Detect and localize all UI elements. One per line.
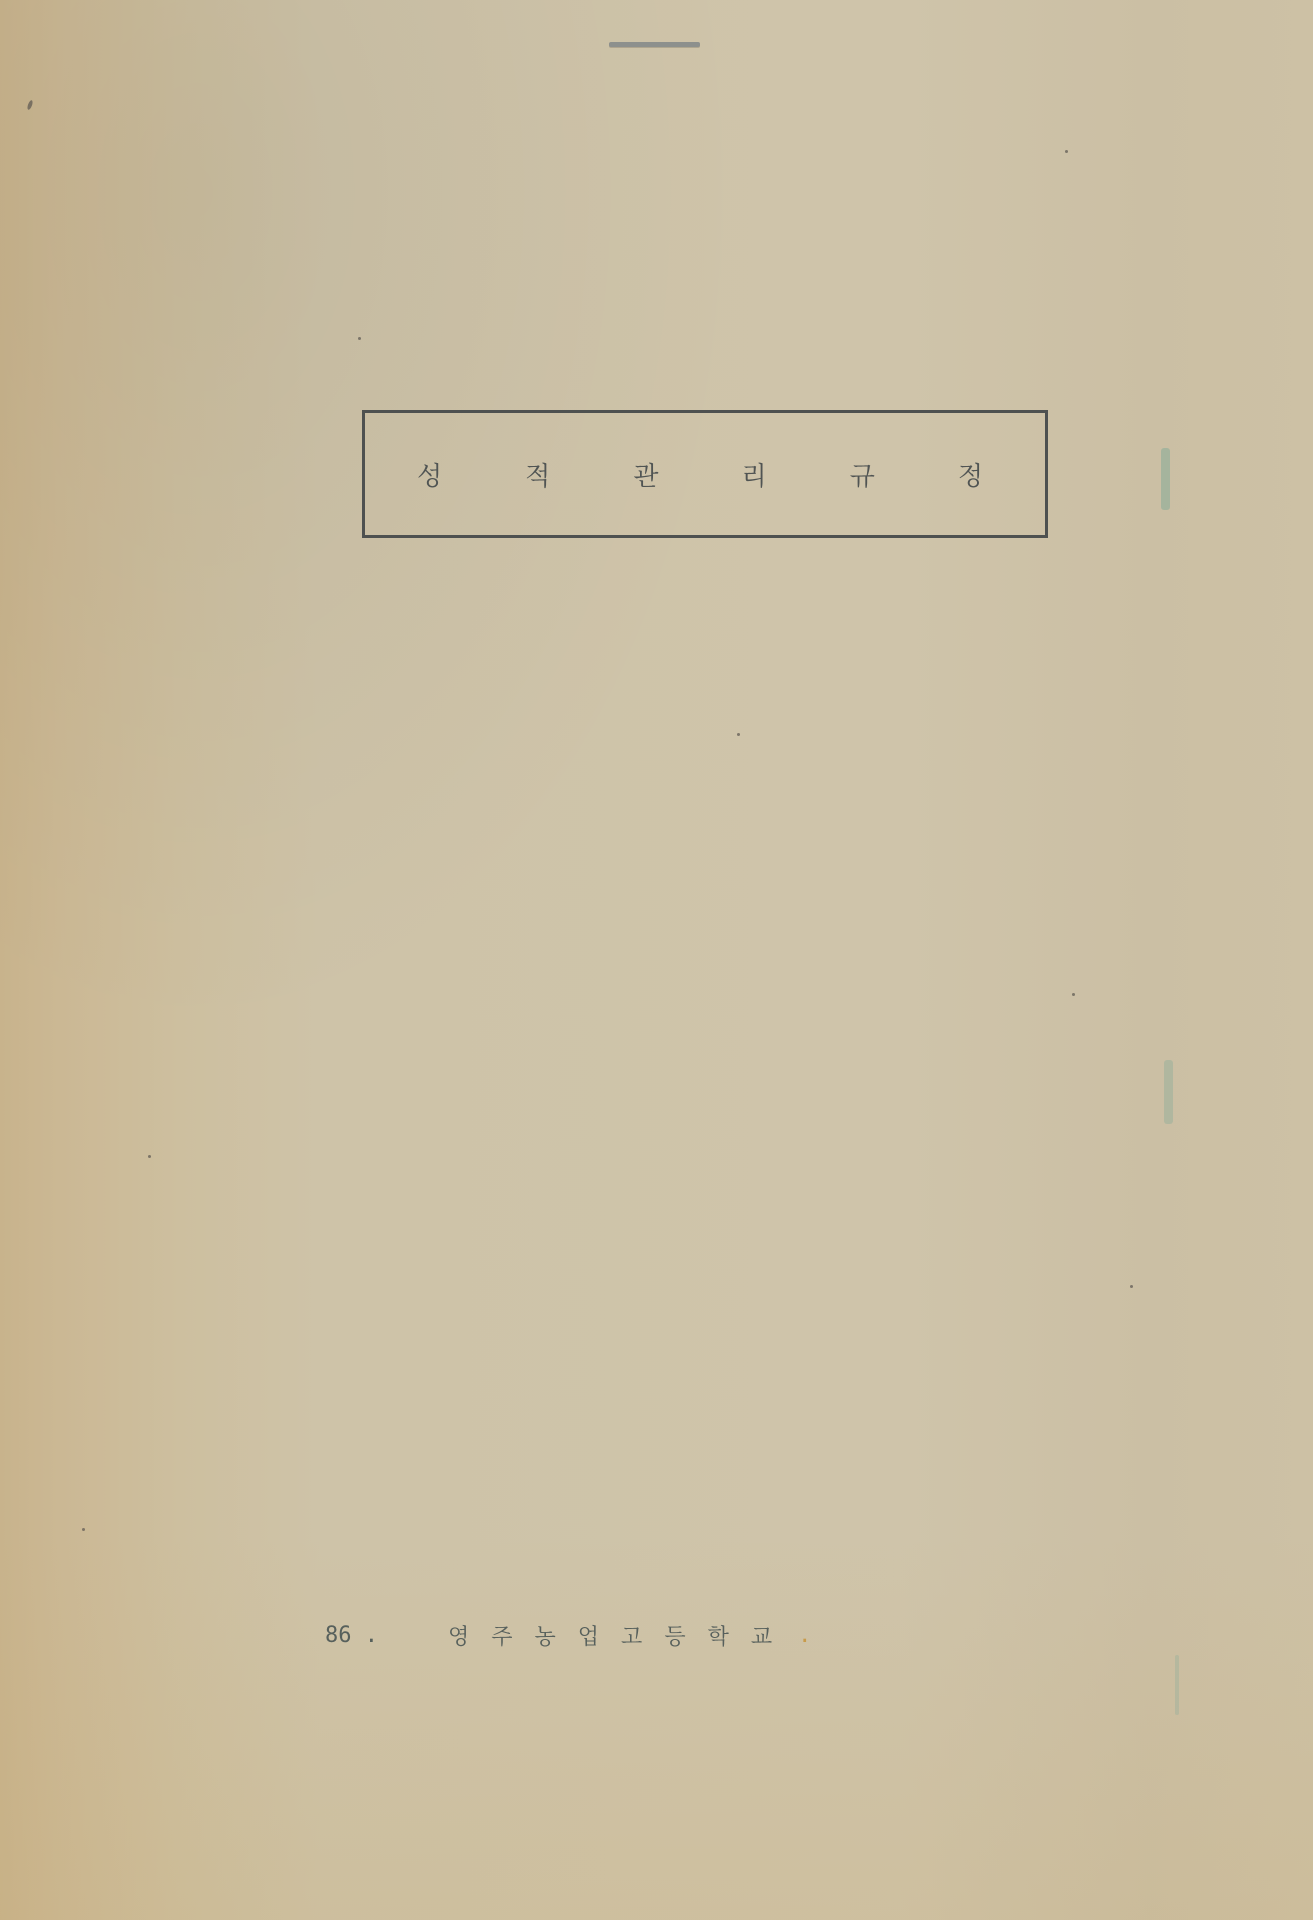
trailing-mark: . bbox=[798, 1623, 811, 1648]
ink-speck bbox=[82, 1528, 85, 1531]
title-char: 성 bbox=[417, 456, 442, 493]
ink-speck bbox=[358, 337, 361, 340]
green-mark-top bbox=[1161, 448, 1170, 510]
school-char: 학 bbox=[708, 1620, 729, 1651]
green-mark-middle bbox=[1164, 1060, 1173, 1124]
title-char: 정 bbox=[958, 456, 983, 493]
school-char: 등 bbox=[664, 1620, 685, 1651]
school-name: 영 주 농 업 고 등 학 교 bbox=[448, 1620, 772, 1651]
school-char: 고 bbox=[621, 1620, 642, 1651]
school-char: 주 bbox=[491, 1620, 512, 1651]
ink-speck bbox=[1065, 150, 1068, 153]
title-char: 적 bbox=[525, 456, 550, 493]
green-mark-bottom bbox=[1175, 1655, 1179, 1715]
title-char: 규 bbox=[850, 456, 875, 493]
footer-year: 86 . bbox=[325, 1623, 378, 1648]
staple-mark bbox=[609, 42, 700, 47]
footer-line: 86 . 영 주 농 업 고 등 학 교 . bbox=[325, 1617, 1005, 1653]
school-char: 업 bbox=[578, 1620, 599, 1651]
school-char: 영 bbox=[448, 1620, 469, 1651]
title-box: 성 적 관 리 규 정 bbox=[362, 410, 1048, 538]
school-char: 교 bbox=[751, 1620, 772, 1651]
school-char: 농 bbox=[535, 1620, 556, 1651]
title-char: 리 bbox=[742, 456, 767, 493]
ink-speck bbox=[1072, 993, 1075, 996]
title-char: 관 bbox=[633, 456, 658, 493]
ink-speck bbox=[1130, 1285, 1133, 1288]
ink-speck bbox=[737, 733, 740, 736]
ink-speck bbox=[148, 1155, 151, 1158]
